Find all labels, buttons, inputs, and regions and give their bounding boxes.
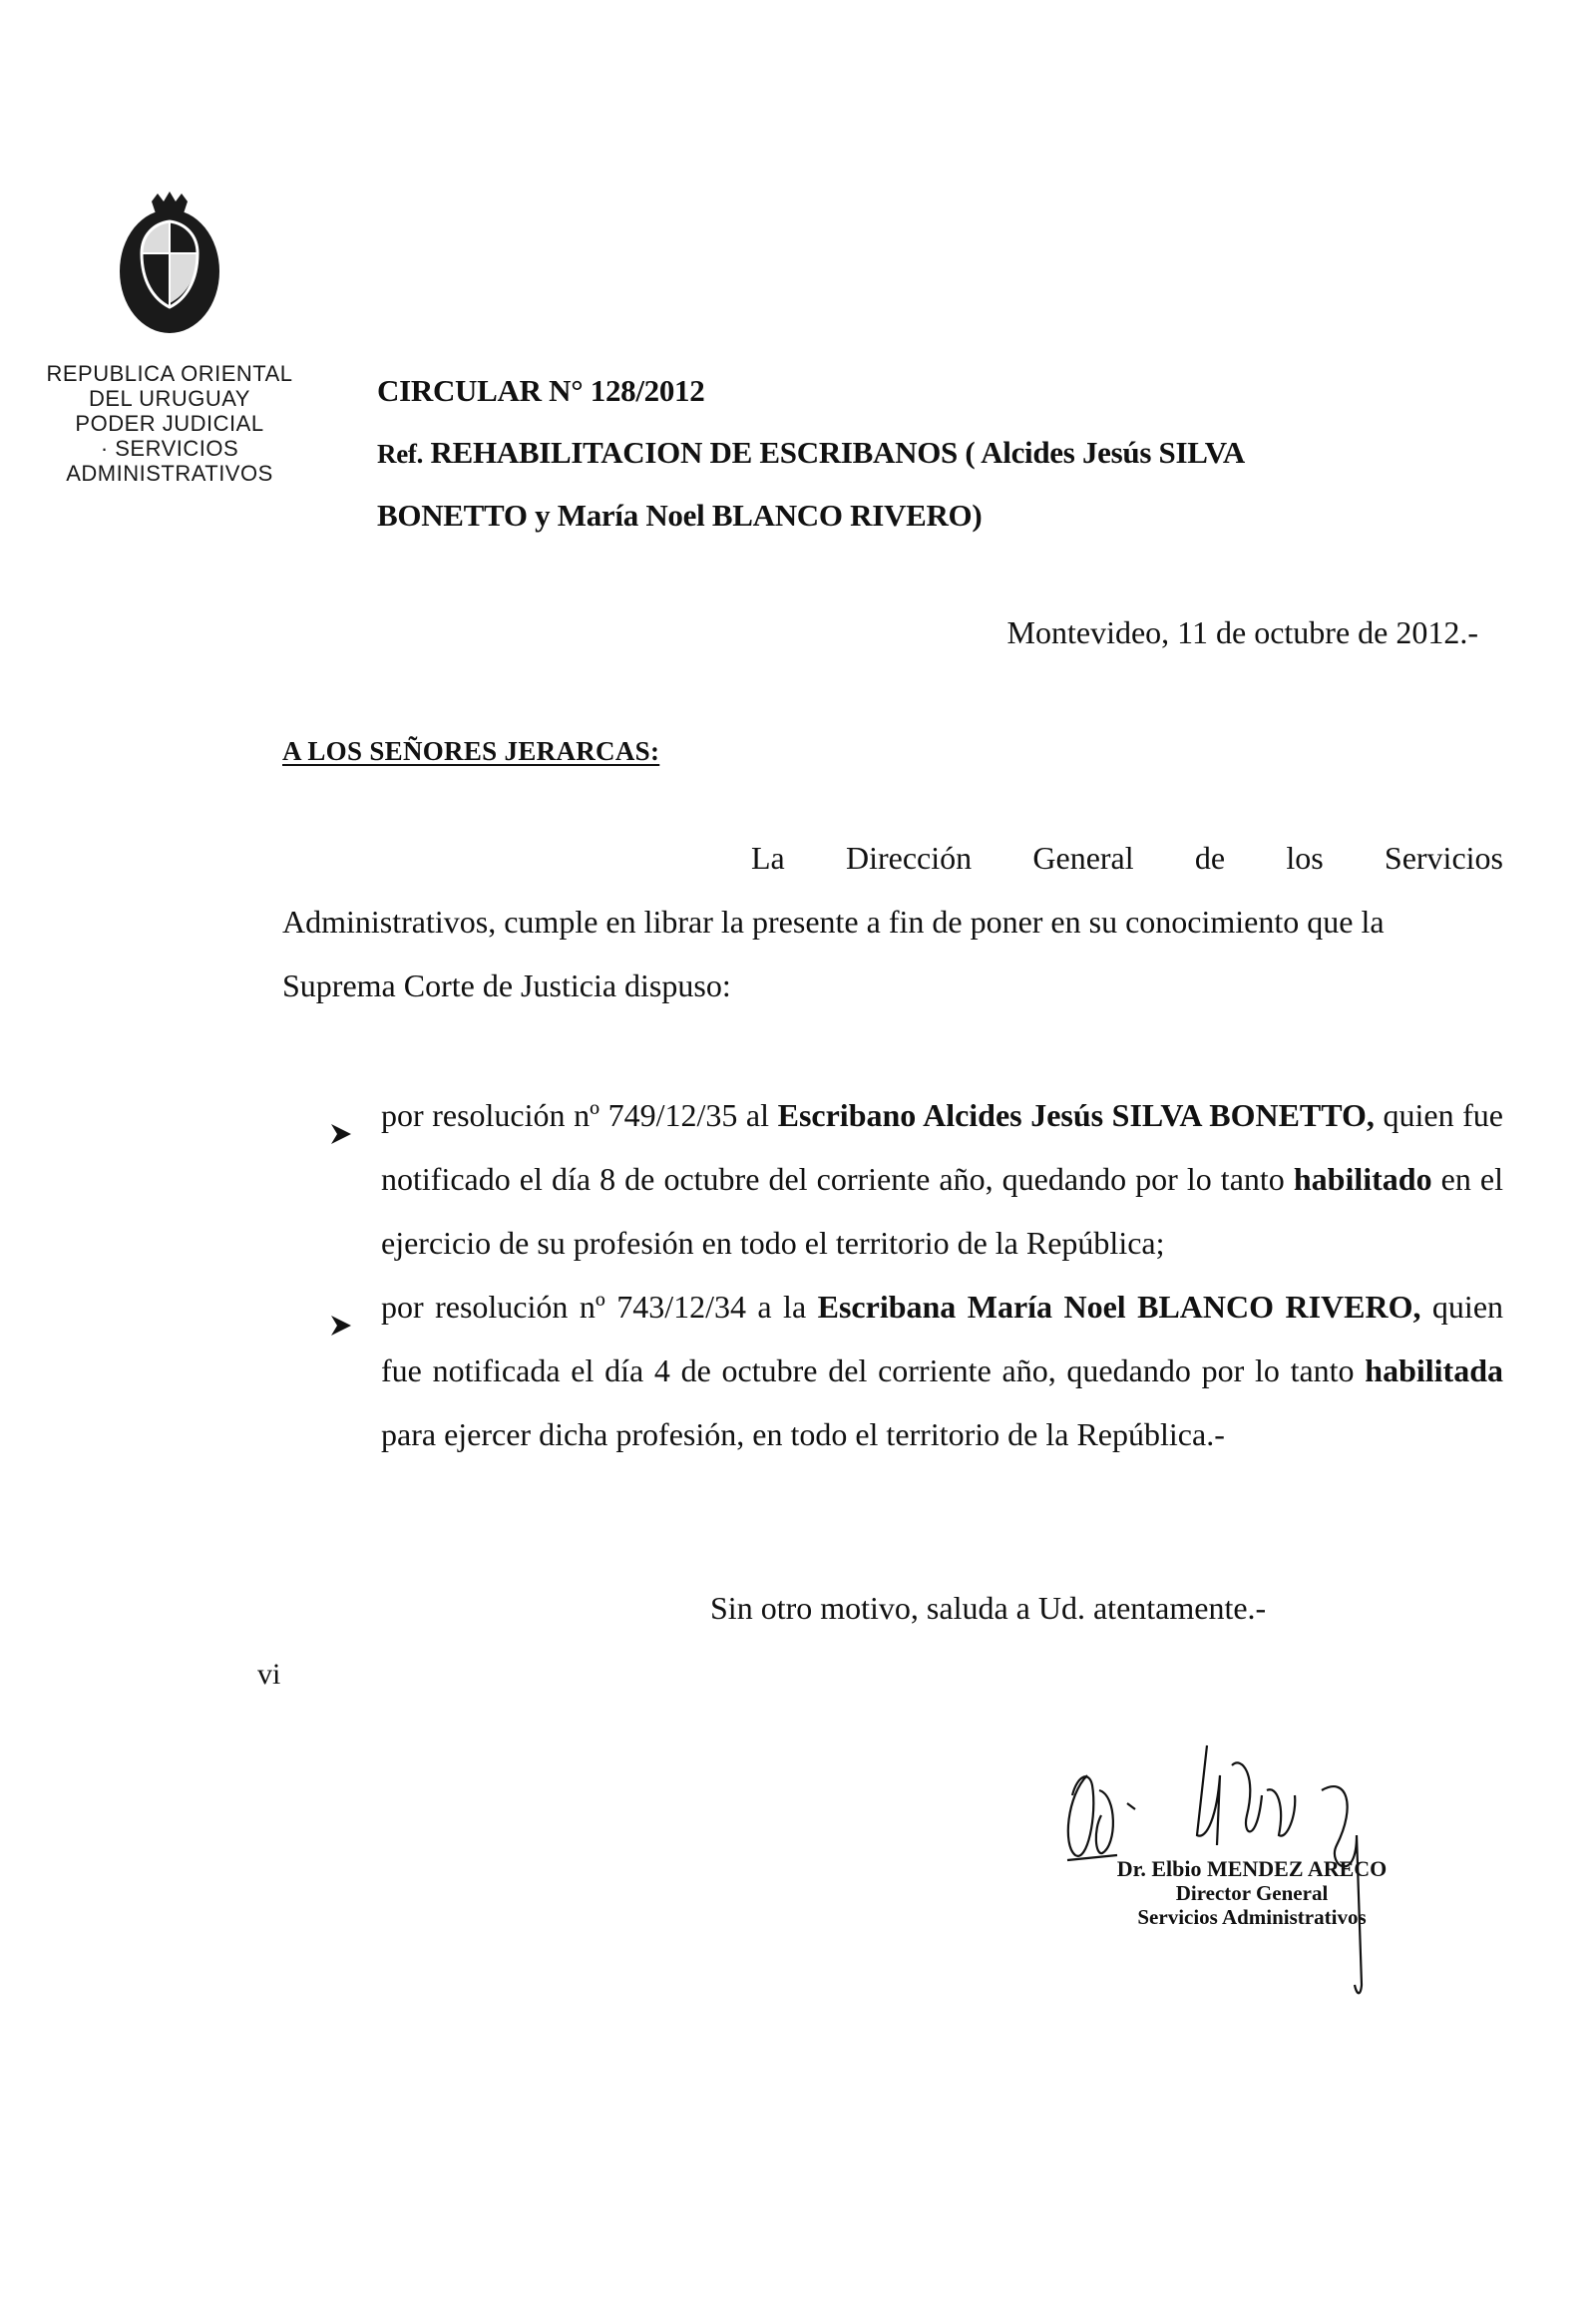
org-line: REPUBLICA ORIENTAL — [40, 361, 299, 386]
resolution-prefix: por resolución nº 749/12/35 al — [381, 1097, 778, 1133]
org-line: PODER JUDICIAL — [40, 411, 299, 436]
document-date: Montevideo, 11 de octubre de 2012.- — [1007, 614, 1478, 651]
org-line: · SERVICIOS — [40, 436, 299, 461]
intro-first-line: La Dirección General de los Servicios — [282, 826, 1503, 890]
org-line: DEL URUGUAY — [40, 386, 299, 411]
resolution-item: por resolución nº 743/12/34 a la Escriba… — [329, 1275, 1503, 1466]
arrow-bullet-icon — [329, 1103, 353, 1127]
resolution-prefix: por resolución nº 743/12/34 a la — [381, 1289, 818, 1325]
typist-initials: vi — [257, 1658, 280, 1692]
signatory-name: Dr. Elbio MENDEZ ARECO — [1087, 1857, 1416, 1881]
signature-block: Dr. Elbio MENDEZ ARECO Director General … — [1087, 1857, 1416, 1929]
word: General — [1032, 826, 1133, 890]
reference-text: REHABILITACION DE ESCRIBANOS ( Alcides J… — [430, 435, 1244, 470]
intro-continuation: Administrativos, cumple en librar la pre… — [282, 890, 1503, 1017]
word: Dirección — [846, 826, 972, 890]
coat-of-arms-icon — [112, 192, 227, 341]
status: habilitada — [1365, 1352, 1503, 1388]
word: de — [1195, 826, 1225, 890]
arrow-bullet-icon — [329, 1295, 353, 1319]
reference-line-continued: BONETTO y María Noel BLANCO RIVERO) — [377, 496, 1474, 536]
signatory-department: Servicios Administrativos — [1087, 1905, 1416, 1929]
reference-line: Ref. REHABILITACION DE ESCRIBANOS ( Alci… — [377, 433, 1474, 474]
salutation: A LOS SEÑORES JERARCAS: — [282, 736, 659, 767]
signatory-title: Director General — [1087, 1881, 1416, 1905]
word: Servicios — [1385, 826, 1503, 890]
closing-line: Sin otro motivo, saluda a Ud. atentament… — [710, 1590, 1266, 1627]
word: los — [1286, 826, 1323, 890]
resolutions-list: por resolución nº 749/12/35 al Escribano… — [329, 1083, 1503, 1466]
circular-header: CIRCULAR N° 128/2012 Ref. REHABILITACION… — [377, 371, 1474, 536]
status: habilitado — [1294, 1161, 1432, 1197]
notary-name: Escribana María Noel BLANCO RIVERO, — [818, 1289, 1421, 1325]
circular-number: CIRCULAR N° 128/2012 — [377, 371, 1474, 411]
resolution-suffix: para ejercer dicha profesión, en todo el… — [381, 1416, 1225, 1452]
intro-paragraph: La Dirección General de los Servicios Ad… — [282, 826, 1503, 1017]
word: La — [751, 826, 785, 890]
reference-prefix: Ref. — [377, 439, 423, 469]
org-line: ADMINISTRATIVOS — [40, 461, 299, 486]
organization-name: REPUBLICA ORIENTAL DEL URUGUAY PODER JUD… — [40, 361, 299, 486]
notary-name: Escribano Alcides Jesús SILVA BONETTO, — [778, 1097, 1375, 1133]
resolution-item: por resolución nº 749/12/35 al Escribano… — [329, 1083, 1503, 1275]
